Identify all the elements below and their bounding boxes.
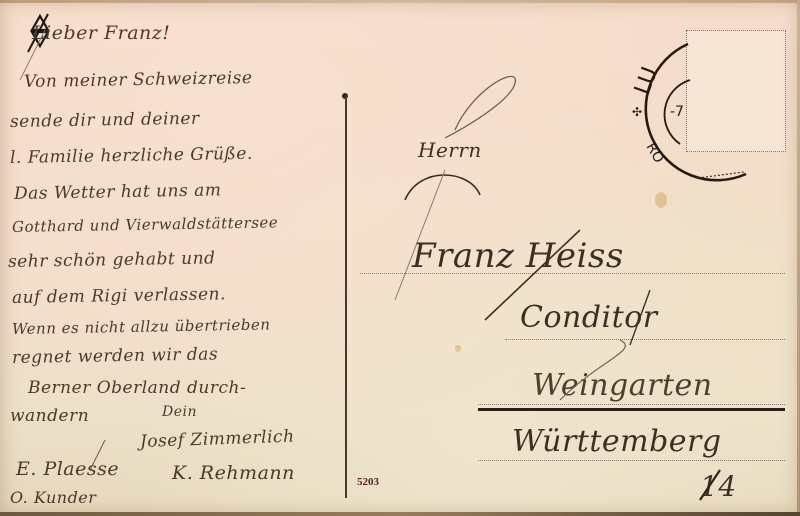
svg-text:RO: RO [643, 140, 667, 166]
postmark-icon: LU RO -7 ✣ [618, 36, 768, 186]
address-city: Weingarten [532, 368, 713, 403]
message-line: sehr schön gehabt und [8, 248, 216, 272]
card-edge-top [0, 0, 800, 3]
paper-stain [655, 192, 667, 208]
message-line: auf dem Rigi verlassen. [12, 284, 226, 308]
message-line: wandern [10, 406, 89, 426]
message-address-divider [345, 95, 347, 498]
svg-text:-7: -7 [670, 104, 684, 120]
card-print-number: 5203 [357, 476, 379, 488]
message-line: Von meiner Schweizreise [24, 68, 253, 92]
address-line-3 [478, 404, 785, 405]
address-note: 14 [700, 470, 737, 503]
message-line: Berner Oberland durch- [28, 378, 246, 398]
message-line: Das Wetter hat uns am [14, 180, 222, 204]
paper-stain [455, 345, 461, 352]
message-line: Wenn es nicht allzu übertrieben [12, 315, 271, 338]
message-line: regnet werden wir das [12, 344, 218, 368]
signature: O. Kunder [10, 488, 96, 507]
message-line: l. Familie herzliche Grüße. [10, 144, 253, 168]
address-line-4 [478, 460, 785, 461]
message-closing: Dein [162, 404, 197, 420]
message-line: Gotthard und Vierwaldstättersee [12, 213, 279, 236]
address-underline [478, 408, 785, 411]
message-line: sende dir und deiner [10, 109, 200, 132]
signature: K. Rehmann [172, 462, 295, 484]
signature: E. Plaesse [16, 458, 119, 480]
address-name: Franz Heiss [412, 236, 624, 276]
message-salutation: Lieber Franz! [32, 22, 170, 44]
address-salutation: Herrn [418, 138, 482, 162]
card-edge-bottom [0, 512, 800, 516]
svg-text:✣: ✣ [632, 105, 642, 119]
address-occupation: Conditor [520, 300, 658, 335]
address-region: Württemberg [512, 424, 722, 459]
postcard: LU RO -7 ✣ Lieber Franz! Von meiner Schw… [0, 0, 800, 516]
address-line-2 [505, 339, 785, 340]
signature: Josef Zimmerlich [140, 427, 295, 452]
